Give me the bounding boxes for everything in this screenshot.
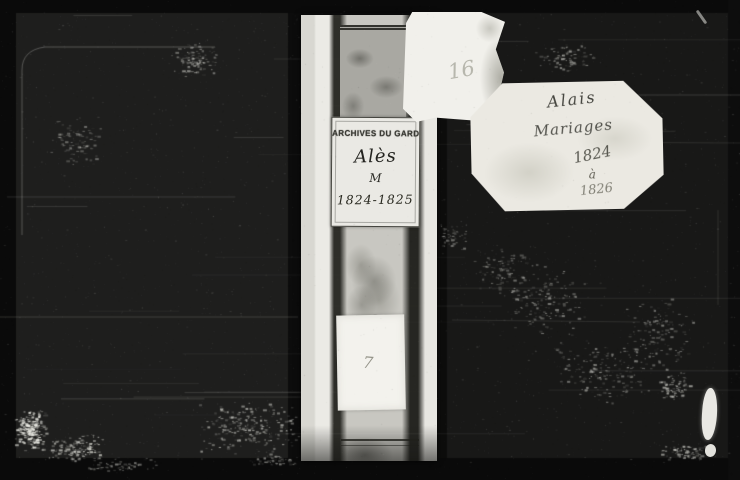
- spine-blank-label: 7: [336, 314, 406, 410]
- cover-label-place: Alais: [546, 87, 597, 111]
- cover-label-year-end: 1826: [579, 181, 614, 199]
- spine-series-handwriting: M: [369, 171, 381, 185]
- spine-place-handwriting: Alès: [354, 145, 397, 167]
- spine-bottom-rule: [341, 439, 419, 446]
- fragment-scribble: 16: [446, 56, 476, 84]
- archives-stamp-text: ARCHIVES DU GARD: [332, 128, 419, 138]
- spine-years-handwriting: 1824-1825: [337, 192, 414, 208]
- cover-label-year-start: 1824: [572, 142, 613, 167]
- spine-top-panel: [340, 25, 406, 125]
- archival-scan-frame: ARCHIVES DU GARD Alès M 1824-1825 7 16 A…: [0, 0, 740, 480]
- blank-label-mark: 7: [362, 353, 374, 373]
- cover-label-type: Mariages: [533, 115, 614, 140]
- spine-archive-label: ARCHIVES DU GARD Alès M 1824-1825: [331, 117, 421, 228]
- cover-octagon-label: Alais Mariages 1824 à 1826: [470, 80, 665, 212]
- cover-label-a: à: [589, 167, 596, 181]
